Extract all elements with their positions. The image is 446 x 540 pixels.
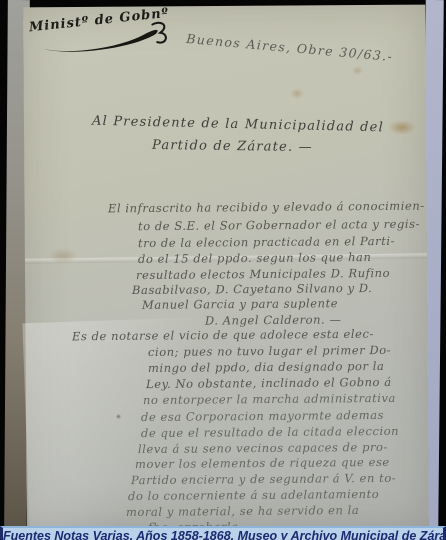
caption-text: Fuentes Notas Varias. Años 1858-1868. Mu…: [3, 529, 443, 540]
manuscript-page: [23, 5, 429, 532]
manuscript-photo: Ministº de Gobnº Buenos Aires, Obre 30/6…: [0, 0, 446, 540]
caption-bar: Fuentes Notas Varias. Años 1858-1868. Mu…: [0, 526, 446, 540]
